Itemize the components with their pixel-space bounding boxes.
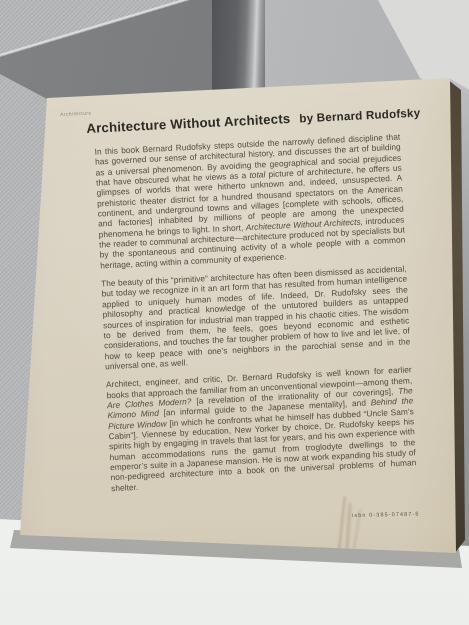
cover-text-block: Architecture Without Architectsby Bernar… xyxy=(86,104,422,501)
book-byline: by Bernard Rudofsky xyxy=(299,107,421,126)
blurb-paragraphs: In this book Bernard Rudofsky steps outs… xyxy=(87,132,417,494)
blurb-paragraph: Architect, engineer, and critic, Dr. Ber… xyxy=(106,365,417,494)
blurb-paragraph: The beauty of this “primitive” architect… xyxy=(101,264,411,372)
blurb-paragraph: In this book Bernard Rudofsky steps outs… xyxy=(94,132,406,271)
backdrop-pillar xyxy=(212,0,265,99)
photo-scene: Architecture Architecture Without Archit… xyxy=(0,0,469,625)
